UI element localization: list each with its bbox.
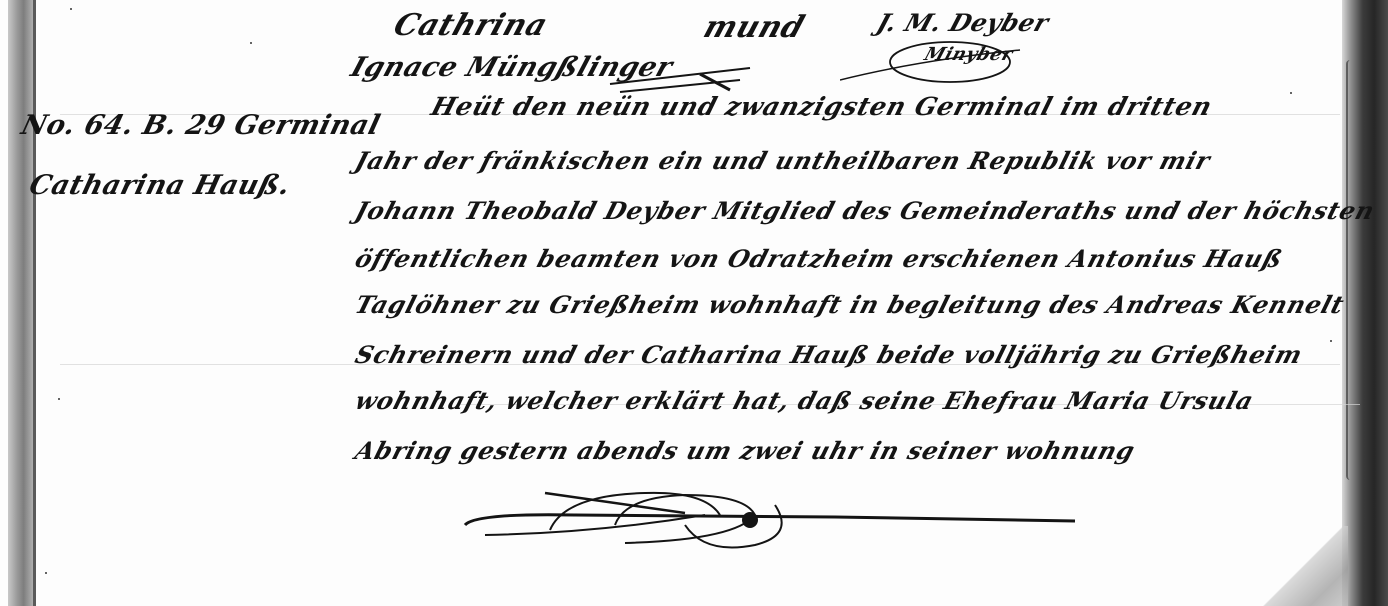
body-line-5: Taglöhner zu Grießheim wohnhaft in begle… [352,290,1348,319]
body-line-1: Heüt den neün und zwanzigsten Germinal i… [428,92,1216,121]
page-binding-gutter [8,0,34,606]
signature-cathrina: Cathrina [389,8,552,43]
signature-deyber: J. M. Deyber [873,8,1053,37]
body-line-3: Johann Theobald Deyber Mitglied des Geme… [352,196,1379,225]
scan-speck [250,42,252,44]
body-line-7: wohnhaft, welcher erklärt hat, daß seine… [352,386,1258,415]
scan-speck [58,398,60,400]
scan-speck [70,8,72,10]
signature-mund: mund [699,10,809,45]
page-corner-fold [1238,526,1348,606]
body-line-8: Abring gestern abends um zwei uhr in sei… [352,436,1139,465]
page-right-edge [1342,0,1388,606]
scanned-register-page: Cathrina mund J. M. Deyber Minyber Ignac… [0,0,1388,606]
body-line-4: öffentlichen beamten von Odratzheim ersc… [352,244,1287,273]
scan-speck [1330,340,1332,342]
body-line-6: Schreinern und der Catharina Hauß beide … [352,340,1306,369]
signature-paraph-loop [840,40,1040,100]
scan-speck [1290,92,1292,94]
closing-flourish-icon [455,485,1095,555]
scan-speck [45,572,47,574]
margin-entry-number: No. 64. B. 29 Germinal [18,110,383,141]
margin-entry-name: Catharina Hauß. [26,170,293,201]
body-line-2: Jahr der fränkischen ein und untheilbare… [352,146,1214,175]
